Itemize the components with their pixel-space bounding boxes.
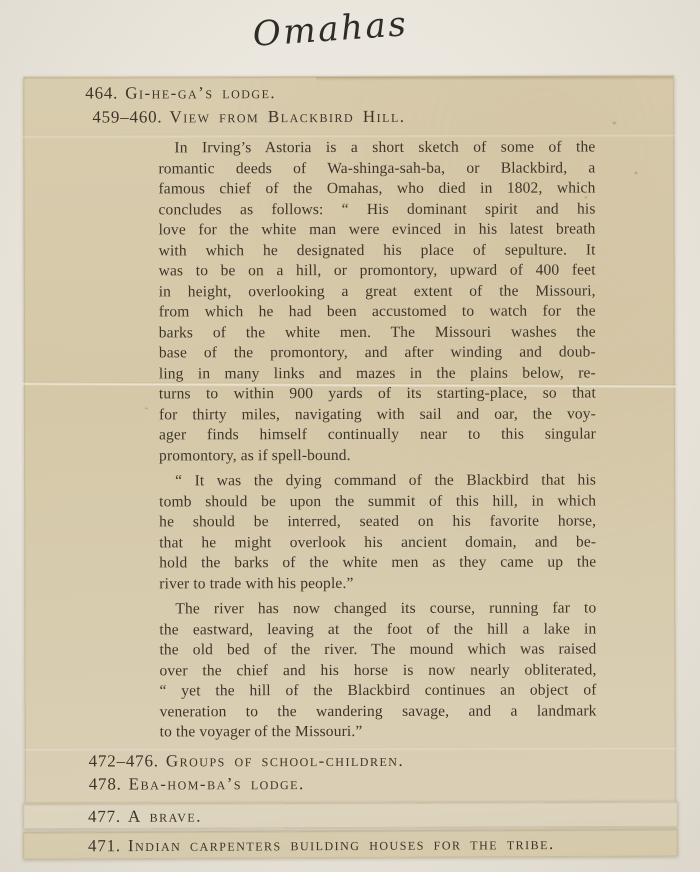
body-text: In Irving’s Astoria is a short sketch of… (158, 137, 596, 742)
clipping-main: 464.Gi-he-ga’s lodge. 459–460.View from … (23, 75, 676, 803)
text-line: he should be interred, seated on his fav… (159, 511, 596, 532)
catalog-entry-471: 471.Indian carpenters building houses fo… (88, 833, 677, 856)
text-line: turns to within 900 yards of its startin… (159, 383, 596, 404)
entry-number: 478. (89, 774, 122, 793)
catalog-entry-477: 477.A brave. (88, 805, 677, 827)
text-line: the old bed of the river. The mound whic… (159, 639, 596, 660)
text-line: over the chief and his horse is now near… (159, 660, 596, 681)
paragraph-2: “ It was the dying command of the Blackb… (159, 470, 596, 594)
text-line: love for the white man were evinced in h… (159, 219, 596, 240)
clipping-strip-477: 477.A brave. (23, 801, 678, 830)
entry-title: Indian carpenters building houses for th… (128, 834, 555, 855)
entry-number: 459–460. (92, 107, 162, 126)
text-line: famous chief of the Omahas, who died in … (158, 178, 595, 199)
catalog-entry-472-476: 472–476.Groups of school-children. (89, 751, 405, 772)
text-line: that he might overlook his ancient domai… (159, 532, 596, 553)
text-line: in height, overlooking a great extent of… (159, 281, 596, 302)
text-line: romantic deeds of Wa-shinga-sah-ba, or B… (158, 158, 595, 179)
entry-title: A brave. (128, 807, 202, 826)
entry-title: Groups of school-children. (166, 751, 404, 770)
text-line: the eastward, leaving at the foot of the… (159, 619, 596, 640)
entry-number: 464. (85, 83, 118, 102)
text-line: “ yet the hill of the Blackbird continue… (160, 680, 597, 701)
photo-background: Omahas 464.Gi-he-ga’s lodge. 459–460.Vie… (0, 0, 700, 872)
foxing-speck (612, 121, 616, 124)
text-line: base of the promontory, and after windin… (159, 342, 596, 363)
catalog-entry-478: 478.Eba-hom-ba’s lodge. (89, 774, 305, 794)
text-line: river to trade with his people.” (159, 573, 596, 594)
foxing-speck (634, 171, 637, 174)
text-line: In Irving’s Astoria is a short sketch of… (158, 137, 595, 158)
text-line: with which he designated his place of se… (159, 240, 596, 261)
text-line: from which he had been accustomed to wat… (159, 301, 596, 322)
foxing-speck (145, 407, 148, 409)
paragraph-1: In Irving’s Astoria is a short sketch of… (158, 137, 596, 466)
handwritten-title: Omahas (251, 4, 409, 55)
text-line: The river has now changed its course, ru… (159, 598, 596, 619)
text-line: promontory, as if spell-bound. (159, 445, 596, 466)
catalog-entry-459-460: 459–460.View from Blackbird Hill. (92, 107, 405, 128)
entry-title: Gi-he-ga’s lodge. (125, 83, 276, 102)
text-line: to the voyager of the Missouri.” (160, 721, 597, 742)
entry-title: Eba-hom-ba’s lodge. (129, 774, 305, 793)
text-line: hold the barks of the white men as they … (159, 552, 596, 573)
entry-number: 471. (88, 836, 121, 855)
text-line: barks of the white men. The Missouri was… (159, 322, 596, 343)
entry-number: 477. (88, 807, 121, 826)
paragraph-3: The river has now changed its course, ru… (159, 598, 596, 742)
text-line: concludes as follows: “ His dominant spi… (158, 199, 595, 220)
clipping-strip-471: 471.Indian carpenters building houses fo… (23, 828, 678, 859)
text-line: was to be on a hill, or promontory, upwa… (159, 260, 596, 281)
text-line: for thirty miles, navigating with sail a… (159, 404, 596, 425)
entry-number: 472–476. (89, 751, 159, 770)
catalog-entry-464: 464.Gi-he-ga’s lodge. (85, 83, 276, 103)
text-line: ling in many links and mazes in the plai… (159, 363, 596, 384)
text-line: “ It was the dying command of the Blackb… (159, 470, 596, 491)
text-line: ager finds himself continually near to t… (159, 424, 596, 445)
handwritten-annotation: Omahas (246, 4, 422, 58)
text-line: tomb should be upon the summit of this h… (159, 491, 596, 512)
entry-title: View from Blackbird Hill. (169, 107, 405, 126)
text-line: veneration to the wandering savage, and … (160, 701, 597, 722)
